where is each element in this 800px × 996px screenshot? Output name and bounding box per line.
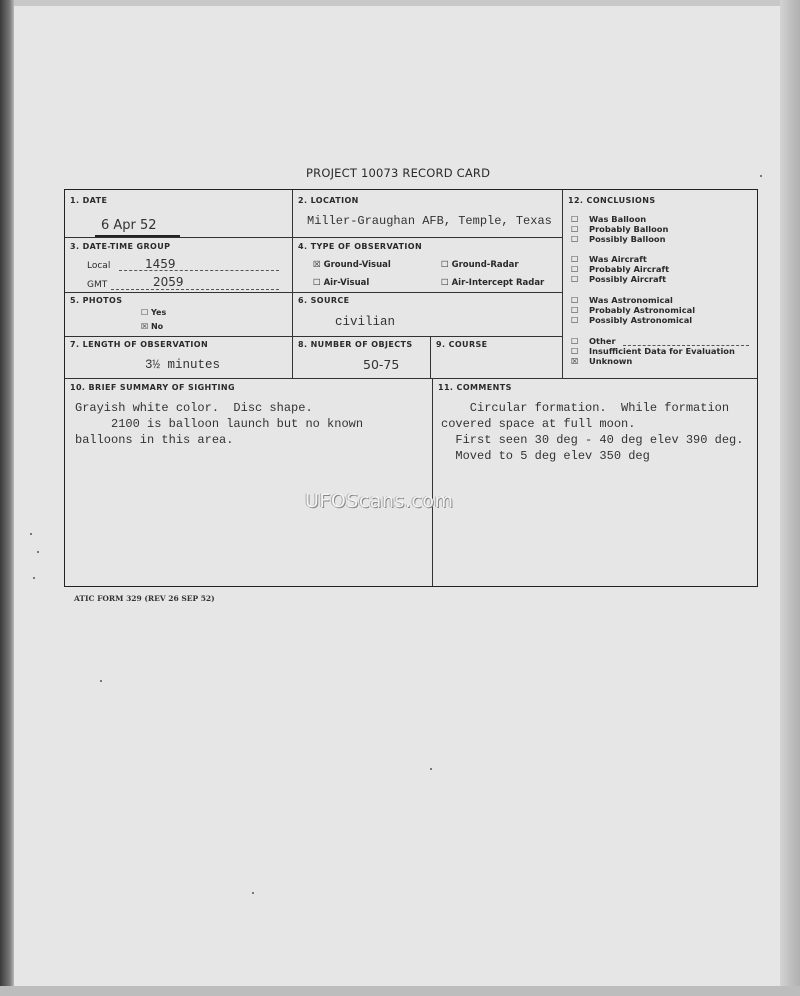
conclusion-probably-balloon: ☐Probably Balloon xyxy=(571,224,668,234)
scan-left-edge xyxy=(0,0,14,996)
source-value: civilian xyxy=(335,315,395,329)
location-cell: 2. LOCATION Miller-Graughan AFB, Temple,… xyxy=(293,190,563,238)
comments-line: covered space at full moon. xyxy=(441,416,743,432)
gmt-label: GMT xyxy=(87,280,107,290)
conclusion-label: Was Balloon xyxy=(589,214,646,224)
conclusion-was-aircraft: ☐Was Aircraft xyxy=(571,254,647,264)
scan-right-edge xyxy=(780,0,800,996)
conclusion-probably-astronomical: ☐Probably Astronomical xyxy=(571,305,695,315)
conclusion-possibly-astronomical: ☐Possibly Astronomical xyxy=(571,315,692,325)
option-air-intercept-radar: ☐ Air-Intercept Radar xyxy=(441,278,544,288)
option-label: Air-Visual xyxy=(324,278,370,288)
observation-type-label: 4. TYPE OF OBSERVATION xyxy=(298,242,422,251)
number-of-objects-value: 50-75 xyxy=(363,357,399,372)
date-underline xyxy=(95,235,180,237)
empty-box-icon: ☐ xyxy=(571,336,580,346)
checked-box-icon: ☒ xyxy=(141,322,148,331)
photos-yes: ☐ Yes xyxy=(141,308,166,317)
empty-box-icon: ☐ xyxy=(571,234,580,244)
empty-box-icon: ☐ xyxy=(571,346,580,356)
conclusion-label: Was Aircraft xyxy=(589,254,647,264)
comments-line: Circular formation. While formation xyxy=(441,400,743,416)
summary-line: 2100 is balloon launch but no known xyxy=(75,416,363,432)
number-of-objects-cell: 8. NUMBER OF OBJECTS 50-75 xyxy=(293,337,431,379)
option-label: Ground-Radar xyxy=(452,260,519,270)
conclusion-label: Other xyxy=(589,336,616,346)
conclusion-label: Probably Balloon xyxy=(589,224,668,234)
summary-line: Grayish white color. Disc shape. xyxy=(75,400,363,416)
summary-text: Grayish white color. Disc shape. 2100 is… xyxy=(75,400,363,448)
local-label: Local xyxy=(87,261,110,271)
course-cell: 9. COURSE xyxy=(431,337,563,379)
length-value: 3½ minutes xyxy=(145,358,220,372)
scan-bottom-edge xyxy=(0,986,800,996)
empty-box-icon: ☐ xyxy=(571,214,580,224)
record-card: 1. DATE 6 Apr 52 2. LOCATION Miller-Grau… xyxy=(64,189,758,587)
option-air-visual: ☐ Air-Visual xyxy=(313,278,369,288)
conclusions-label: 12. CONCLUSIONS xyxy=(568,196,656,205)
empty-box-icon: ☐ xyxy=(571,274,580,284)
conclusion-probably-aircraft: ☐Probably Aircraft xyxy=(571,264,669,274)
option-label: Air-Intercept Radar xyxy=(452,278,545,288)
local-time-value: 1459 xyxy=(145,257,176,271)
conclusion-label: Possibly Balloon xyxy=(589,234,666,244)
photos-no: ☒ No xyxy=(141,322,163,331)
summary-label: 10. BRIEF SUMMARY OF SIGHTING xyxy=(70,383,235,392)
length-of-observation-cell: 7. LENGTH OF OBSERVATION 3½ minutes xyxy=(65,337,293,379)
date-time-group-cell: 3. DATE-TIME GROUP Local 1459 GMT 2059 xyxy=(65,238,293,293)
conclusion-unknown: ☒Unknown xyxy=(571,356,632,366)
scan-speck xyxy=(430,768,432,770)
checked-box-icon: ☒ xyxy=(571,356,580,366)
brief-summary-cell: 10. BRIEF SUMMARY OF SIGHTING Grayish wh… xyxy=(65,379,433,586)
scan-speck xyxy=(33,577,35,579)
scan-speck xyxy=(760,175,762,177)
conclusion-insufficient-data: ☐Insufficient Data for Evaluation xyxy=(571,346,735,356)
conclusion-possibly-balloon: ☐Possibly Balloon xyxy=(571,234,666,244)
type-of-observation-cell: 4. TYPE OF OBSERVATION ☒ Ground-Visual ☐… xyxy=(293,238,563,293)
comments-cell: 11. COMMENTS Circular formation. While f… xyxy=(433,379,759,586)
empty-box-icon: ☐ xyxy=(441,260,449,270)
comments-label: 11. COMMENTS xyxy=(438,383,512,392)
scan-speck xyxy=(252,892,254,894)
conclusion-label: Unknown xyxy=(589,356,632,366)
form-number: ATIC FORM 329 (REV 26 SEP 52) xyxy=(74,594,215,603)
empty-box-icon: ☐ xyxy=(571,224,580,234)
conclusions-cell: 12. CONCLUSIONS ☐Was Balloon ☐Probably B… xyxy=(563,190,757,379)
gmt-underline xyxy=(111,289,279,290)
scan-speck xyxy=(100,680,102,682)
conclusion-label: Probably Astronomical xyxy=(589,305,695,315)
empty-box-icon: ☐ xyxy=(571,295,580,305)
date-value: 6 Apr 52 xyxy=(101,218,157,233)
conclusion-label: Possibly Aircraft xyxy=(589,274,666,284)
empty-box-icon: ☐ xyxy=(441,278,449,288)
source-cell: 6. SOURCE civilian xyxy=(293,293,563,337)
course-label: 9. COURSE xyxy=(436,340,488,349)
location-label: 2. LOCATION xyxy=(298,196,359,205)
document-title: PROJECT 10073 RECORD CARD xyxy=(306,166,506,180)
empty-box-icon: ☐ xyxy=(571,305,580,315)
summary-line: balloons in this area. xyxy=(75,432,363,448)
empty-box-icon: ☐ xyxy=(141,308,148,317)
date-cell: 1. DATE 6 Apr 52 xyxy=(65,190,293,238)
conclusion-label: Possibly Astronomical xyxy=(589,315,692,325)
empty-box-icon: ☐ xyxy=(571,254,580,264)
dtg-label: 3. DATE-TIME GROUP xyxy=(70,242,170,251)
option-ground-visual: ☒ Ground-Visual xyxy=(313,260,391,270)
empty-box-icon: ☐ xyxy=(571,264,580,274)
conclusion-possibly-aircraft: ☐Possibly Aircraft xyxy=(571,274,666,284)
scan-speck xyxy=(37,551,39,553)
option-label: No xyxy=(151,322,163,331)
source-label: 6. SOURCE xyxy=(298,296,350,305)
photos-cell: 5. PHOTOS ☐ Yes ☒ No xyxy=(65,293,293,337)
option-ground-radar: ☐ Ground-Radar xyxy=(441,260,519,270)
option-label: Ground-Visual xyxy=(324,260,391,270)
conclusion-label: Was Astronomical xyxy=(589,295,673,305)
length-label: 7. LENGTH OF OBSERVATION xyxy=(70,340,208,349)
photos-label: 5. PHOTOS xyxy=(70,296,122,305)
date-label: 1. DATE xyxy=(70,196,107,205)
scan-speck xyxy=(30,533,32,535)
watermark: UFOScans.com xyxy=(305,490,454,512)
checked-box-icon: ☒ xyxy=(313,260,321,270)
conclusion-was-astronomical: ☐Was Astronomical xyxy=(571,295,673,305)
comments-line: First seen 30 deg - 40 deg elev 390 deg. xyxy=(441,432,743,448)
empty-box-icon: ☐ xyxy=(313,278,321,288)
local-underline xyxy=(119,270,279,271)
gmt-time-value: 2059 xyxy=(153,275,184,289)
option-label: Yes xyxy=(151,308,166,317)
conclusion-label: Insufficient Data for Evaluation xyxy=(589,346,735,356)
comments-text: Circular formation. While formationcover… xyxy=(441,400,743,464)
comments-line: Moved to 5 deg elev 350 deg xyxy=(441,448,743,464)
conclusion-was-balloon: ☐Was Balloon xyxy=(571,214,646,224)
empty-box-icon: ☐ xyxy=(571,315,580,325)
conclusion-other: ☐Other xyxy=(571,336,616,346)
conclusion-label: Probably Aircraft xyxy=(589,264,669,274)
location-value: Miller-Graughan AFB, Temple, Texas xyxy=(307,214,552,228)
number-of-objects-label: 8. NUMBER OF OBJECTS xyxy=(298,340,413,349)
